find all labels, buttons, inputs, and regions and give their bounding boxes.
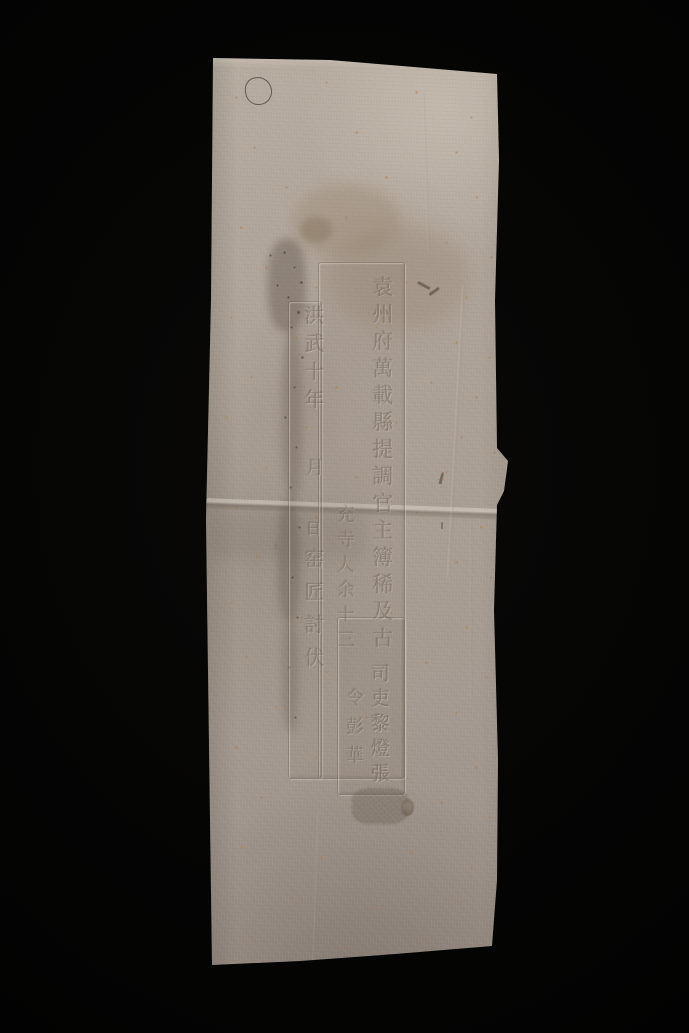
dark-specks <box>206 57 207 58</box>
document-paper: 袁州府萬載縣提調官主簿稀及古 充寺人余十三 洪武十年 月 日 窑匠討伏 司吏黎燈… <box>206 57 510 968</box>
foxing-specks <box>206 57 207 58</box>
paper-edge-highlight <box>206 57 510 968</box>
photo-scene: 袁州府萬載縣提調官主簿稀及古 充寺人余十三 洪武十年 月 日 窑匠討伏 司吏黎燈… <box>0 0 689 1033</box>
